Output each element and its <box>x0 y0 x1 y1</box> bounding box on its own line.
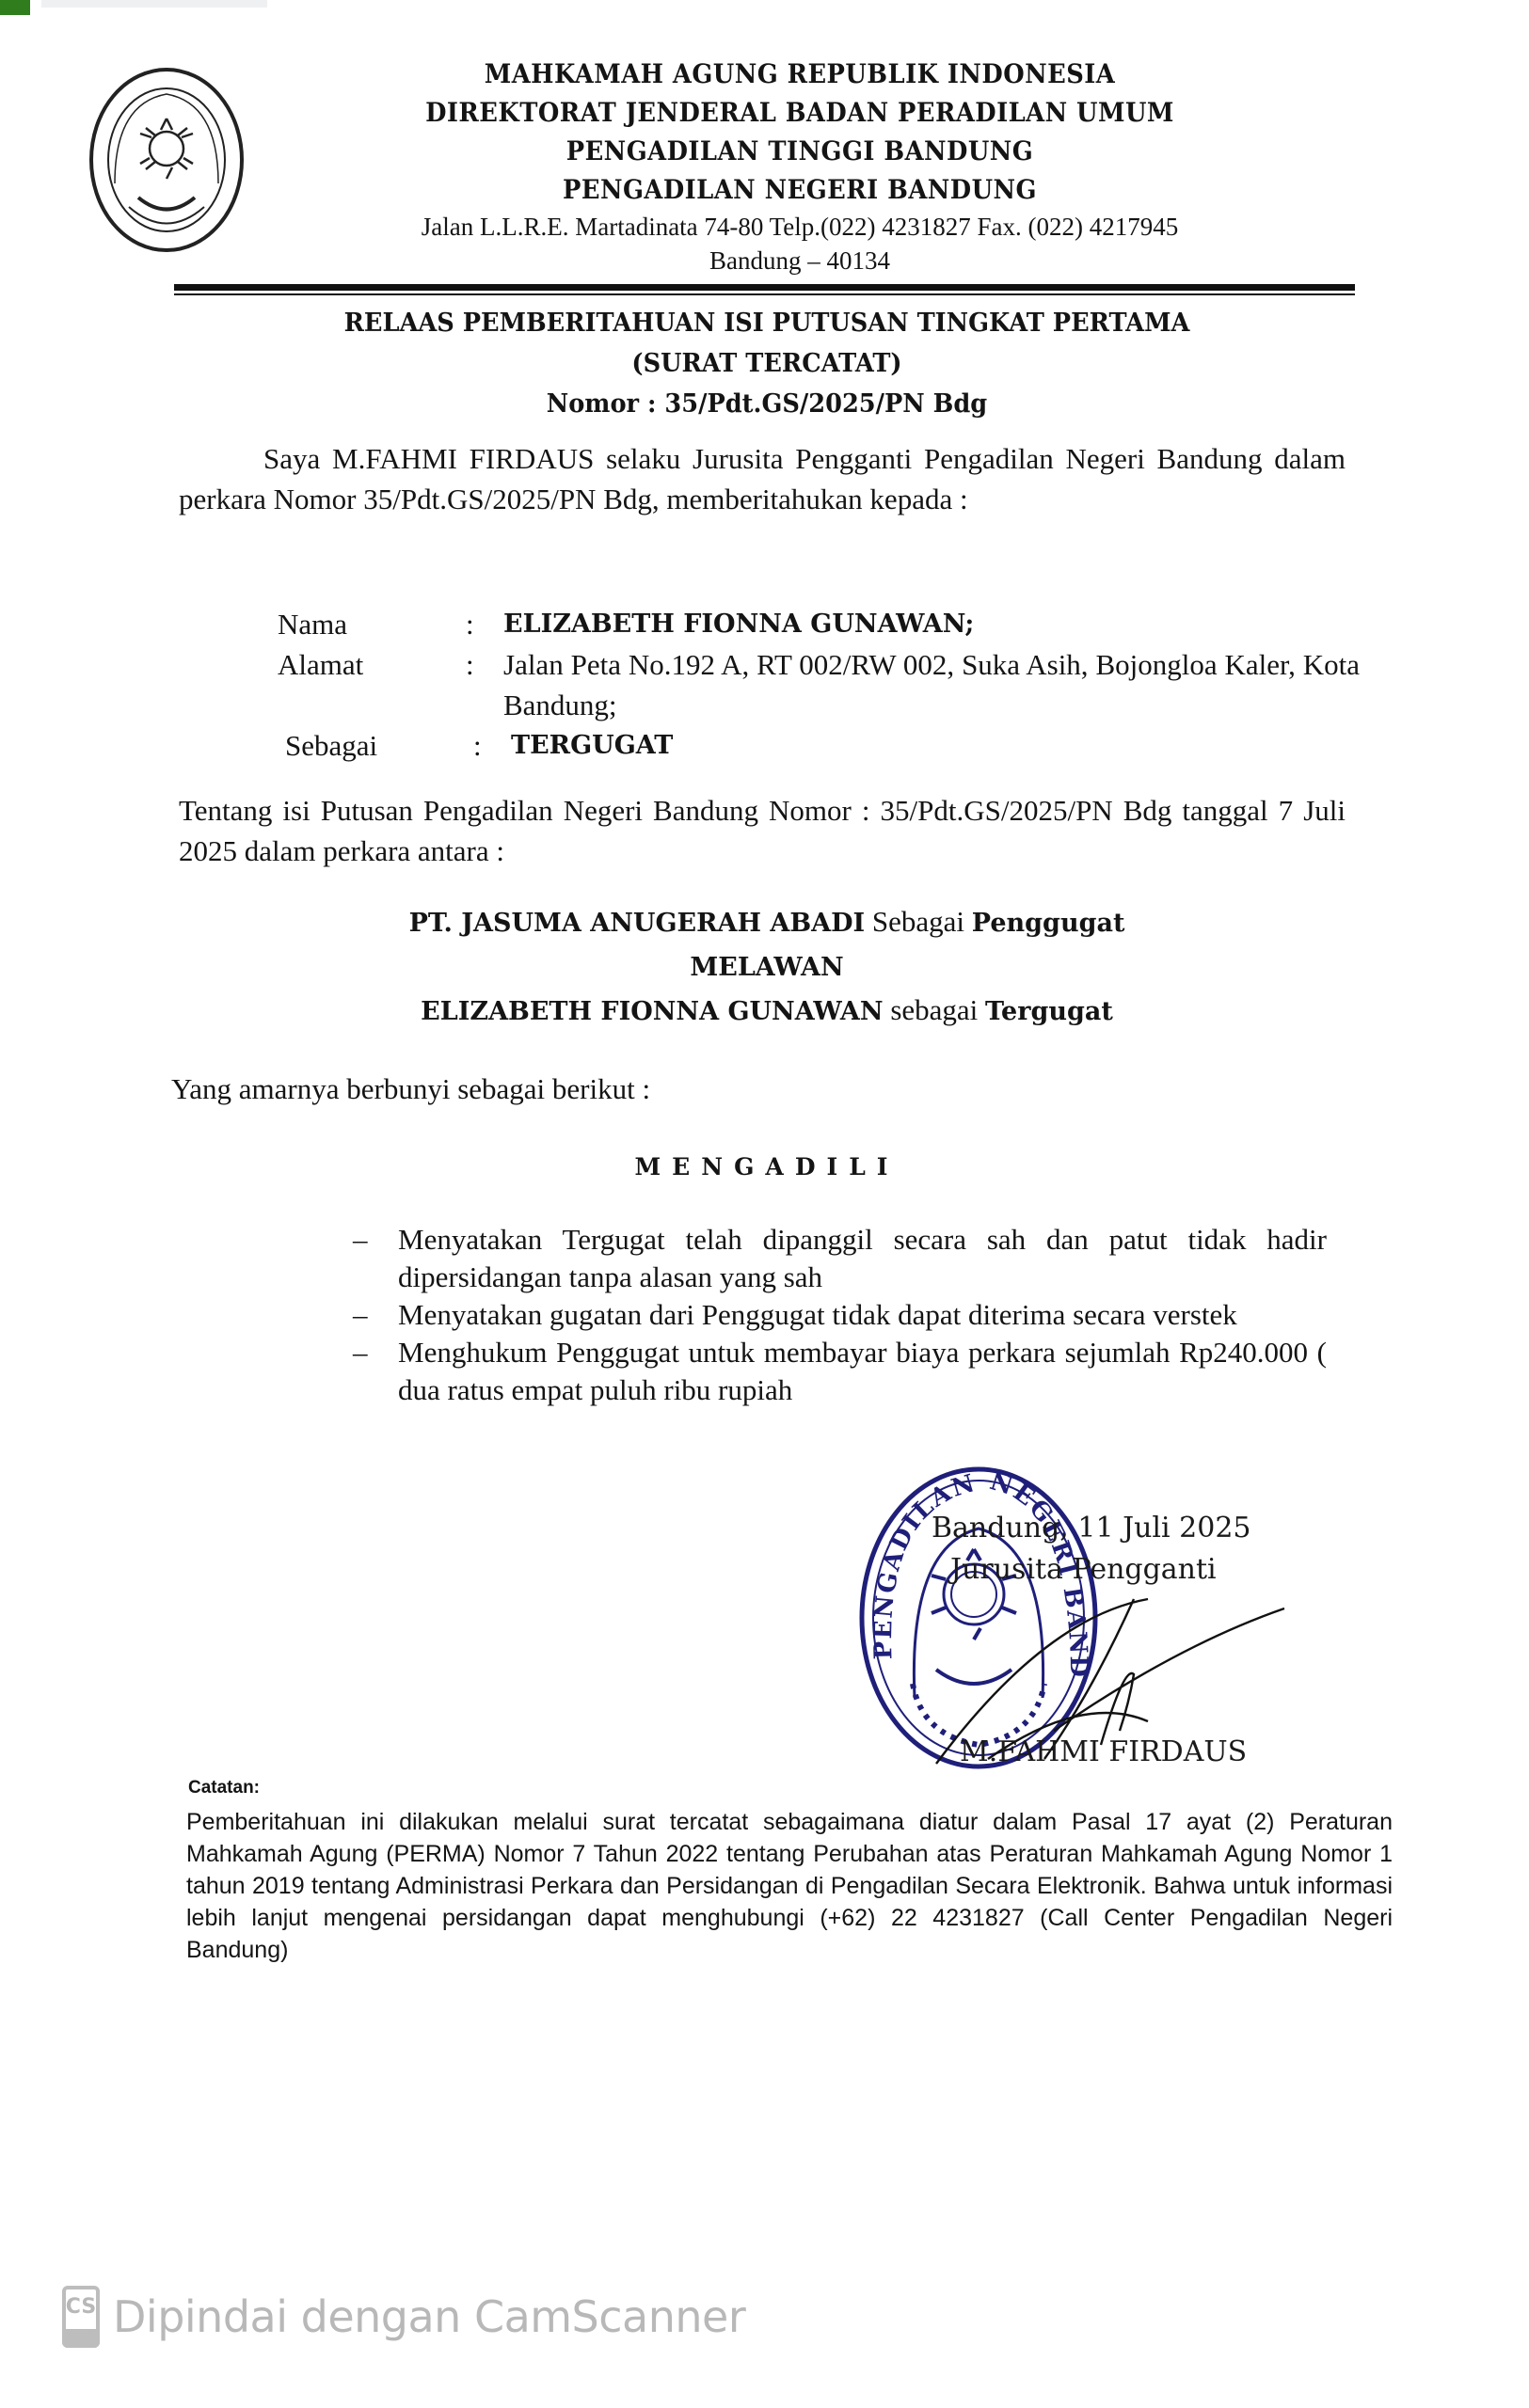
recipient-role: TERGUGAT <box>511 725 1360 766</box>
colon: : <box>466 604 503 644</box>
verdict-item: –Menghukum Penggugat untuk membayar biay… <box>353 1334 1327 1409</box>
verdict-intro: Yang amarnya berbunyi sebagai berikut : <box>171 1072 650 1106</box>
recipient-details: Nama : ELIZABETH FIONNA GUNAWAN; Alamat … <box>278 604 1360 766</box>
versus-line: MELAWAN <box>169 944 1364 989</box>
document-title: RELAAS PEMBERITAHUAN ISI PUTUSAN TINGKAT… <box>199 303 1335 424</box>
recipient-name: ELIZABETH FIONNA GUNAWAN; <box>503 604 1360 644</box>
camscanner-logo-icon: CS <box>62 2286 100 2348</box>
recipient-address-row: Alamat : Jalan Peta No.192 A, RT 002/RW … <box>278 644 1360 725</box>
letterhead-line: PENGADILAN TINGGI BANDUNG <box>289 132 1311 170</box>
letterhead-divider <box>174 284 1355 297</box>
verdict-text: Menyatakan gugatan dari Penggugat tidak … <box>398 1298 1237 1331</box>
camscanner-watermark: CS Dipindai dengan CamScanner <box>62 2286 745 2348</box>
case-parties: PT. JASUMA ANUGERAH ABADI Sebagai Penggu… <box>169 900 1364 1033</box>
letterhead-address: Jalan L.L.R.E. Martadinata 74-80 Telp.(0… <box>245 211 1355 243</box>
verdict-list: –Menyatakan Tergugat telah dipanggil sec… <box>353 1221 1327 1409</box>
signer-name: M.FAHMI FIRDAUS <box>960 1735 1247 1768</box>
letterhead-line: PENGADILAN NEGERI BANDUNG <box>289 170 1311 209</box>
verdict-item: –Menyatakan gugatan dari Penggugat tidak… <box>353 1296 1327 1334</box>
letterhead-line: MAHKAMAH AGUNG REPUBLIK INDONESIA <box>289 55 1311 93</box>
title-line: RELAAS PEMBERITAHUAN ISI PUTUSAN TINGKAT… <box>199 303 1335 343</box>
title-subtitle: (SURAT TERCATAT) <box>199 343 1335 384</box>
plaintiff-role: Penggugat <box>972 909 1125 938</box>
decision-reference: Tentang isi Putusan Pengadilan Negeri Ba… <box>179 790 1346 871</box>
address-label: Alamat <box>278 644 466 725</box>
scan-corner-artifact <box>0 0 30 15</box>
recipient-role-row: Sebagai : TERGUGAT <box>278 725 1360 766</box>
verdict-heading: MENGADILI <box>169 1153 1364 1180</box>
defendant-name: ELIZABETH FIONNA GUNAWAN <box>421 997 883 1026</box>
recipient-address: Jalan Peta No.192 A, RT 002/RW 002, Suka… <box>503 644 1360 725</box>
recipient-name-row: Nama : ELIZABETH FIONNA GUNAWAN; <box>278 604 1360 644</box>
versus-label: MELAWAN <box>690 953 843 982</box>
verdict-text: Menyatakan Tergugat telah dipanggil seca… <box>398 1223 1327 1293</box>
case-number: Nomor : 35/Pdt.GS/2025/PN Bdg <box>199 384 1335 424</box>
watermark-text: Dipindai dengan CamScanner <box>113 2291 745 2342</box>
letterhead-city: Bandung – 40134 <box>245 245 1355 277</box>
verdict-text: Menghukum Penggugat untuk membayar biaya… <box>398 1336 1327 1406</box>
plaintiff-as: Sebagai <box>865 905 972 938</box>
defendant-as: sebagai <box>884 993 985 1026</box>
letterhead-line: DIREKTORAT JENDERAL BADAN PERADILAN UMUM <box>289 93 1311 132</box>
scan-edge-artifact <box>41 0 267 8</box>
plaintiff-line: PT. JASUMA ANUGERAH ABADI Sebagai Penggu… <box>169 900 1364 944</box>
signature-place-date: Bandung, 11 Juli 2025 <box>932 1508 1251 1549</box>
colon: : <box>466 644 503 725</box>
note-heading: Catatan: <box>188 1778 260 1798</box>
defendant-line: ELIZABETH FIONNA GUNAWAN sebagai Terguga… <box>169 989 1364 1033</box>
intro-paragraph: Saya M.FAHMI FIRDAUS selaku Jurusita Pen… <box>179 438 1346 519</box>
name-label: Nama <box>278 604 466 644</box>
note-body: Pemberitahuan ini dilakukan melalui sura… <box>186 1806 1393 1966</box>
signature-block: Bandung, 11 Juli 2025 Jurusita Pengganti <box>932 1508 1251 1591</box>
verdict-item: –Menyatakan Tergugat telah dipanggil sec… <box>353 1221 1327 1296</box>
defendant-role: Tergugat <box>985 997 1113 1026</box>
colon: : <box>473 725 511 766</box>
role-label: Sebagai <box>278 725 473 766</box>
bullet-dash: – <box>353 1221 368 1259</box>
plaintiff-name: PT. JASUMA ANUGERAH ABADI <box>409 909 866 938</box>
bullet-dash: – <box>353 1296 368 1334</box>
bullet-dash: – <box>353 1334 368 1371</box>
court-logo-icon <box>87 66 247 254</box>
letterhead: MAHKAMAH AGUNG REPUBLIK INDONESIA DIREKT… <box>245 55 1355 277</box>
